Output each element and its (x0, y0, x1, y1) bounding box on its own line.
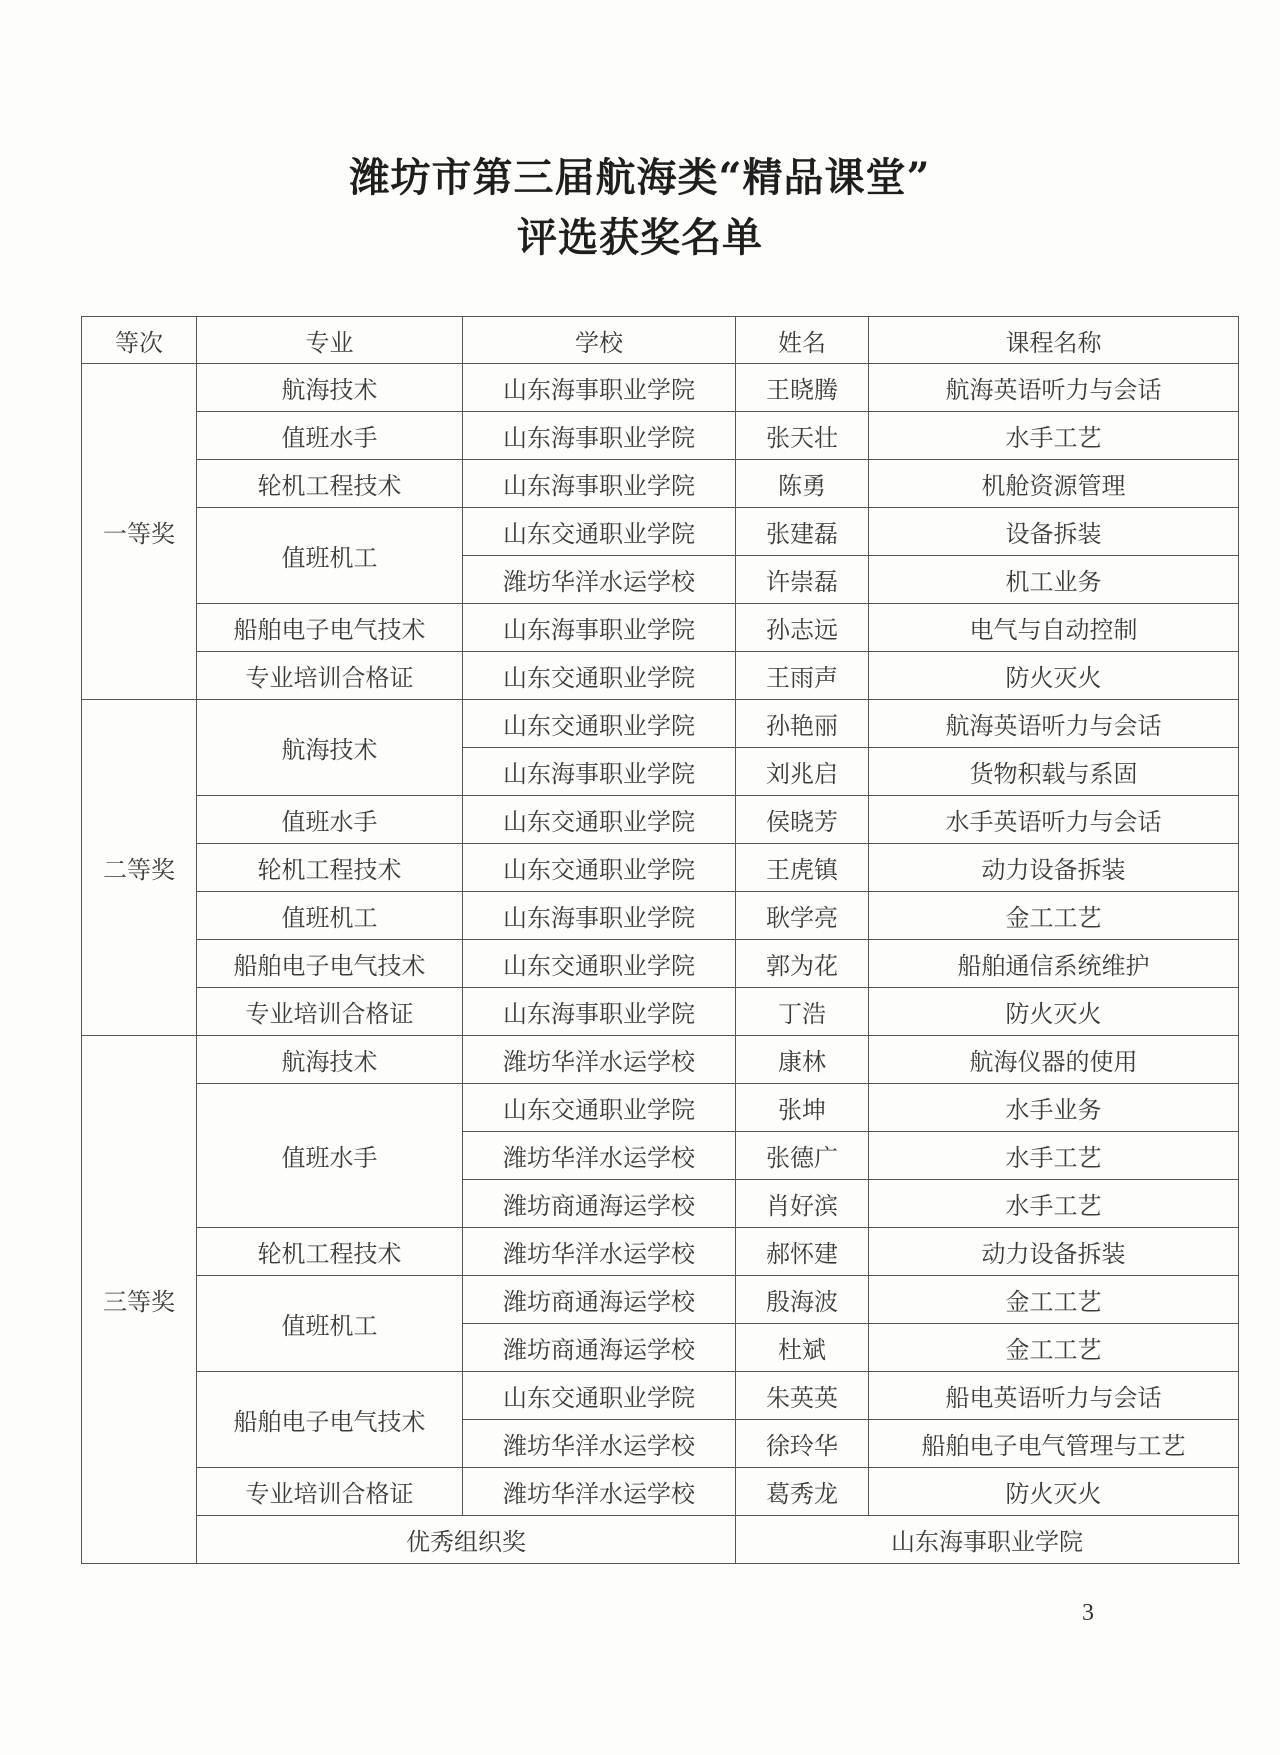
course-cell: 金工工艺 (869, 892, 1239, 940)
person-name-cell: 康林 (736, 1036, 869, 1084)
table-row: 船舶电子电气技术 山东交通职业学院 朱英英 船电英语听力与会话 (82, 1372, 1239, 1420)
major-cell: 轮机工程技术 (197, 460, 463, 508)
award-level-cell: 一等奖 (82, 364, 197, 700)
major-cell: 值班机工 (197, 508, 463, 604)
school-cell: 山东海事职业学院 (463, 460, 736, 508)
course-cell: 动力设备拆装 (869, 1228, 1239, 1276)
table-header-row: 等次 专业 学校 姓名 课程名称 (82, 317, 1239, 364)
table-row: 船舶电子电气技术 山东海事职业学院 孙志远 电气与自动控制 (82, 604, 1239, 652)
school-cell: 山东交通职业学院 (463, 1372, 736, 1420)
course-cell: 金工工艺 (869, 1276, 1239, 1324)
course-cell: 防火灭火 (869, 652, 1239, 700)
header-level: 等次 (82, 317, 197, 364)
header-school: 学校 (463, 317, 736, 364)
table-row: 轮机工程技术 山东交通职业学院 王虎镇 动力设备拆装 (82, 844, 1239, 892)
course-cell: 航海英语听力与会话 (869, 364, 1239, 412)
major-cell: 轮机工程技术 (197, 844, 463, 892)
person-name-cell: 徐玲华 (736, 1420, 869, 1468)
person-name-cell: 郝怀建 (736, 1228, 869, 1276)
person-name-cell: 张坤 (736, 1084, 869, 1132)
person-name-cell: 孙艳丽 (736, 700, 869, 748)
document-title-line2: 评选获奖名单 (0, 206, 1280, 263)
major-cell: 航海技术 (197, 1036, 463, 1084)
course-cell: 电气与自动控制 (869, 604, 1239, 652)
major-cell: 专业培训合格证 (197, 652, 463, 700)
organization-award-value: 山东海事职业学院 (736, 1516, 1239, 1564)
table-row: 值班机工 山东海事职业学院 耿学亮 金工工艺 (82, 892, 1239, 940)
organization-award-label: 优秀组织奖 (197, 1516, 736, 1564)
school-cell: 山东海事职业学院 (463, 364, 736, 412)
award-level-cell: 三等奖 (82, 1036, 197, 1564)
person-name-cell: 张德广 (736, 1132, 869, 1180)
person-name-cell: 杜斌 (736, 1324, 869, 1372)
person-name-cell: 张建磊 (736, 508, 869, 556)
table-row: 值班机工 潍坊商通海运学校 殷海波 金工工艺 (82, 1276, 1239, 1324)
course-cell: 金工工艺 (869, 1324, 1239, 1372)
school-cell: 山东海事职业学院 (463, 748, 736, 796)
major-cell: 船舶电子电气技术 (197, 1372, 463, 1468)
table-row: 专业培训合格证 山东海事职业学院 丁浩 防火灭火 (82, 988, 1239, 1036)
course-cell: 防火灭火 (869, 1468, 1239, 1516)
school-cell: 潍坊商通海运学校 (463, 1324, 736, 1372)
header-course: 课程名称 (869, 317, 1239, 364)
course-cell: 水手英语听力与会话 (869, 796, 1239, 844)
person-name-cell: 王雨声 (736, 652, 869, 700)
table-row: 船舶电子电气技术 山东交通职业学院 郭为花 船舶通信系统维护 (82, 940, 1239, 988)
major-cell: 值班水手 (197, 1084, 463, 1228)
header-name: 姓名 (736, 317, 869, 364)
table-row: 值班水手 山东海事职业学院 张天壮 水手工艺 (82, 412, 1239, 460)
school-cell: 山东海事职业学院 (463, 412, 736, 460)
course-cell: 航海仪器的使用 (869, 1036, 1239, 1084)
major-cell: 值班机工 (197, 892, 463, 940)
person-name-cell: 丁浩 (736, 988, 869, 1036)
major-cell: 航海技术 (197, 700, 463, 796)
school-cell: 山东交通职业学院 (463, 940, 736, 988)
course-cell: 动力设备拆装 (869, 844, 1239, 892)
school-cell: 山东交通职业学院 (463, 1084, 736, 1132)
table-row: 轮机工程技术 潍坊华洋水运学校 郝怀建 动力设备拆装 (82, 1228, 1239, 1276)
person-name-cell: 许崇磊 (736, 556, 869, 604)
course-cell: 货物积载与系固 (869, 748, 1239, 796)
person-name-cell: 孙志远 (736, 604, 869, 652)
major-cell: 船舶电子电气技术 (197, 940, 463, 988)
major-cell: 值班机工 (197, 1276, 463, 1372)
major-cell: 轮机工程技术 (197, 1228, 463, 1276)
table-row: 值班水手 山东交通职业学院 张坤 水手业务 (82, 1084, 1239, 1132)
person-name-cell: 侯晓芳 (736, 796, 869, 844)
course-cell: 水手业务 (869, 1084, 1239, 1132)
major-cell: 值班水手 (197, 796, 463, 844)
course-cell: 水手工艺 (869, 1132, 1239, 1180)
major-cell: 船舶电子电气技术 (197, 604, 463, 652)
course-cell: 水手工艺 (869, 412, 1239, 460)
school-cell: 潍坊华洋水运学校 (463, 1228, 736, 1276)
award-table-body: 一等奖 航海技术 山东海事职业学院 王晓腾 航海英语听力与会话 值班水手 山东海… (82, 364, 1239, 1564)
table-row: 三等奖 航海技术 潍坊华洋水运学校 康林 航海仪器的使用 (82, 1036, 1239, 1084)
school-cell: 潍坊商通海运学校 (463, 1180, 736, 1228)
table-row: 轮机工程技术 山东海事职业学院 陈勇 机舱资源管理 (82, 460, 1239, 508)
school-cell: 潍坊华洋水运学校 (463, 1132, 736, 1180)
major-cell: 航海技术 (197, 364, 463, 412)
person-name-cell: 郭为花 (736, 940, 869, 988)
person-name-cell: 肖好滨 (736, 1180, 869, 1228)
award-table: 等次 专业 学校 姓名 课程名称 一等奖 航海技术 山东海事职业学院 王晓腾 航… (81, 316, 1239, 1564)
school-cell: 山东海事职业学院 (463, 604, 736, 652)
person-name-cell: 刘兆启 (736, 748, 869, 796)
person-name-cell: 朱英英 (736, 1372, 869, 1420)
school-cell: 潍坊华洋水运学校 (463, 1420, 736, 1468)
school-cell: 山东交通职业学院 (463, 844, 736, 892)
header-major: 专业 (197, 317, 463, 364)
organization-award-row: 优秀组织奖 山东海事职业学院 (82, 1516, 1239, 1564)
person-name-cell: 王晓腾 (736, 364, 869, 412)
person-name-cell: 葛秀龙 (736, 1468, 869, 1516)
course-cell: 设备拆装 (869, 508, 1239, 556)
table-row: 专业培训合格证 潍坊华洋水运学校 葛秀龙 防火灭火 (82, 1468, 1239, 1516)
school-cell: 山东交通职业学院 (463, 652, 736, 700)
person-name-cell: 王虎镇 (736, 844, 869, 892)
school-cell: 山东交通职业学院 (463, 700, 736, 748)
school-cell: 山东海事职业学院 (463, 988, 736, 1036)
course-cell: 水手工艺 (869, 1180, 1239, 1228)
major-cell: 值班水手 (197, 412, 463, 460)
school-cell: 山东交通职业学院 (463, 508, 736, 556)
school-cell: 潍坊华洋水运学校 (463, 1468, 736, 1516)
school-cell: 山东海事职业学院 (463, 892, 736, 940)
course-cell: 防火灭火 (869, 988, 1239, 1036)
table-row: 二等奖 航海技术 山东交通职业学院 孙艳丽 航海英语听力与会话 (82, 700, 1239, 748)
school-cell: 潍坊华洋水运学校 (463, 1036, 736, 1084)
table-row: 值班水手 山东交通职业学院 侯晓芳 水手英语听力与会话 (82, 796, 1239, 844)
person-name-cell: 耿学亮 (736, 892, 869, 940)
school-cell: 山东交通职业学院 (463, 796, 736, 844)
page-number: 3 (1082, 1600, 1094, 1627)
course-cell: 机工业务 (869, 556, 1239, 604)
course-cell: 船舶电子电气管理与工艺 (869, 1420, 1239, 1468)
document-title-line1: 潍坊市第三届航海类“精品课堂” (0, 146, 1280, 203)
course-cell: 船舶通信系统维护 (869, 940, 1239, 988)
course-cell: 船电英语听力与会话 (869, 1372, 1239, 1420)
person-name-cell: 陈勇 (736, 460, 869, 508)
school-cell: 潍坊华洋水运学校 (463, 556, 736, 604)
course-cell: 机舱资源管理 (869, 460, 1239, 508)
table-row: 专业培训合格证 山东交通职业学院 王雨声 防火灭火 (82, 652, 1239, 700)
course-cell: 航海英语听力与会话 (869, 700, 1239, 748)
school-cell: 潍坊商通海运学校 (463, 1276, 736, 1324)
table-row: 一等奖 航海技术 山东海事职业学院 王晓腾 航海英语听力与会话 (82, 364, 1239, 412)
person-name-cell: 殷海波 (736, 1276, 869, 1324)
person-name-cell: 张天壮 (736, 412, 869, 460)
major-cell: 专业培训合格证 (197, 1468, 463, 1516)
award-level-cell: 二等奖 (82, 700, 197, 1036)
major-cell: 专业培训合格证 (197, 988, 463, 1036)
table-row: 值班机工 山东交通职业学院 张建磊 设备拆装 (82, 508, 1239, 556)
